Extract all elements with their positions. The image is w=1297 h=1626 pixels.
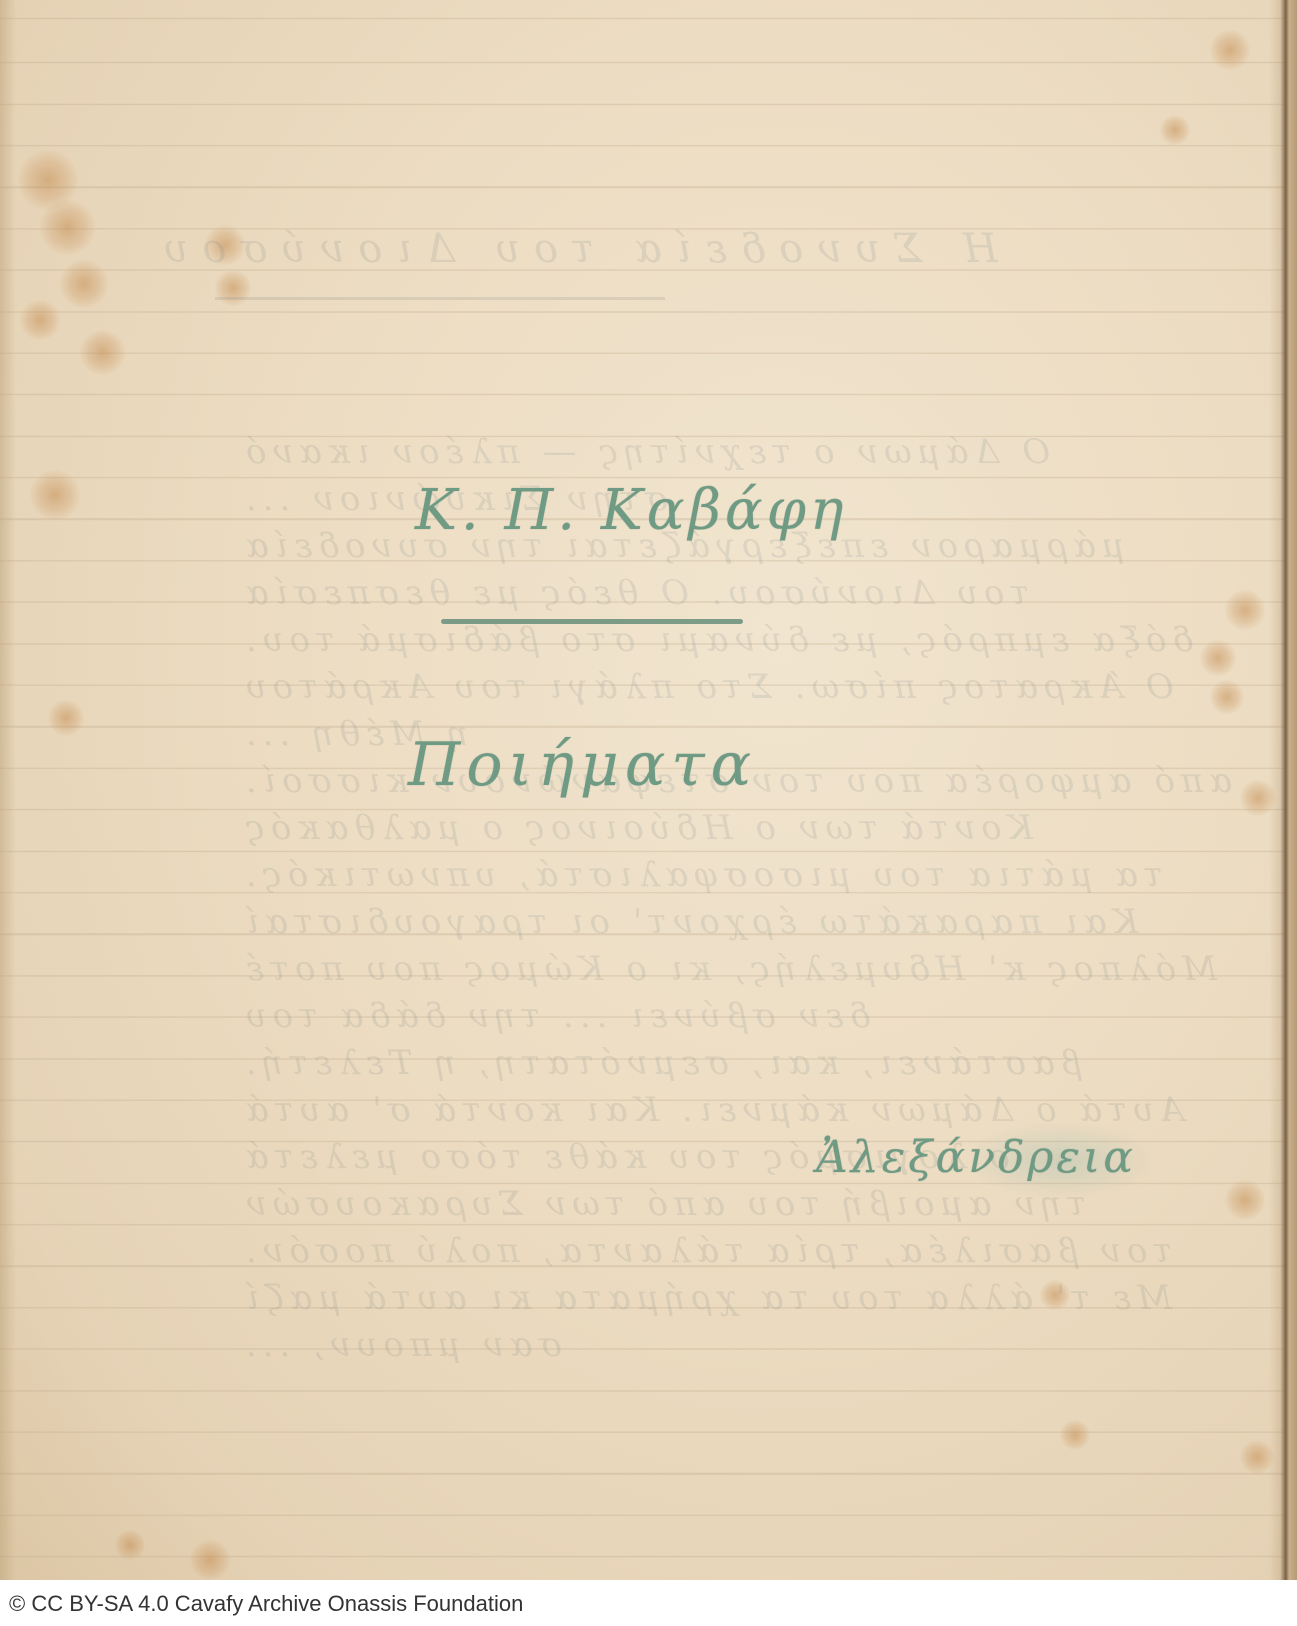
foxing-stain <box>1225 590 1265 630</box>
bleed-line: βαστάνει, και, σεμνότατη, η Τελετή. <box>240 1043 1081 1083</box>
foxing-stain <box>60 260 108 308</box>
bleed-line: Κοντά των ο Ηδύοινος ο μαλθακός <box>240 808 1033 848</box>
bleed-line: Με τ' άλλα του τα χρήματα κι αυτά μαζί <box>240 1278 1172 1318</box>
foxing-stain <box>20 300 60 340</box>
bleed-line: Και παρακάτω έρχοντ' οι τραγουδισταί <box>240 902 1138 942</box>
foxing-stain <box>1240 1440 1274 1474</box>
manuscript-page: Η Συνοδεία του Διονύσου Ο Δάμων ο τεχνίτ… <box>0 0 1297 1580</box>
foxing-stain <box>40 200 95 255</box>
bleed-line: τα μάτια του μισοσφαλιστά, υπνωτικός. <box>240 855 1163 895</box>
place-name: Ἀλεξάνδρεια <box>816 1132 1136 1183</box>
bleed-through-rule <box>215 297 665 300</box>
copyright-credit: © CC BY-SA 4.0 Cavafy Archive Onassis Fo… <box>9 1586 523 1622</box>
foxing-stain <box>1240 780 1276 816</box>
bleed-line: δεν σβύνει ... την δάδα του <box>240 996 870 1036</box>
bleed-line: σαν μπουν, ... <box>240 1325 562 1365</box>
bleed-line: τον βασιλέα, τρία τάλαντα, πολύ ποσόν. <box>240 1231 1172 1271</box>
bleed-line: Ο Δάμων ο τεχνίτης — πλέον ικανό <box>240 432 1050 472</box>
foxing-stain <box>190 1540 230 1580</box>
title-underline <box>441 619 743 624</box>
foxing-stain <box>30 470 80 520</box>
page-left-edge <box>0 0 16 1580</box>
bleed-through-heading: Η Συνοδεία του Διονύσου <box>150 226 998 272</box>
bleed-line: δόξα εμπρός, με δύναμι στο βάδισμά του. <box>240 620 1193 660</box>
foxing-stain <box>1160 115 1190 145</box>
bleed-line: Μόλπος κ' Ηδυμελής, κι ο Κώμος που ποτέ <box>240 949 1217 989</box>
bleed-line: Ο Άκρατος πίσω. Στο πλάγι του Ακράτου <box>240 667 1174 707</box>
foxing-stain <box>115 1530 145 1560</box>
book-title: Ποιήματα <box>408 730 757 800</box>
foxing-stain <box>1060 1420 1090 1450</box>
foxing-stain <box>80 330 125 375</box>
author-name: Κ. Π. Καβάφη <box>415 478 847 543</box>
bleed-line: του Διονύσου. Ο θεός με θεσπεσία <box>240 573 1029 613</box>
foxing-stain <box>1210 30 1250 70</box>
foxing-stain <box>1210 680 1244 714</box>
foxing-stain <box>1225 1180 1265 1220</box>
foxing-stain <box>48 700 84 736</box>
foxing-stain <box>215 270 251 306</box>
foxing-stain <box>1200 640 1236 676</box>
